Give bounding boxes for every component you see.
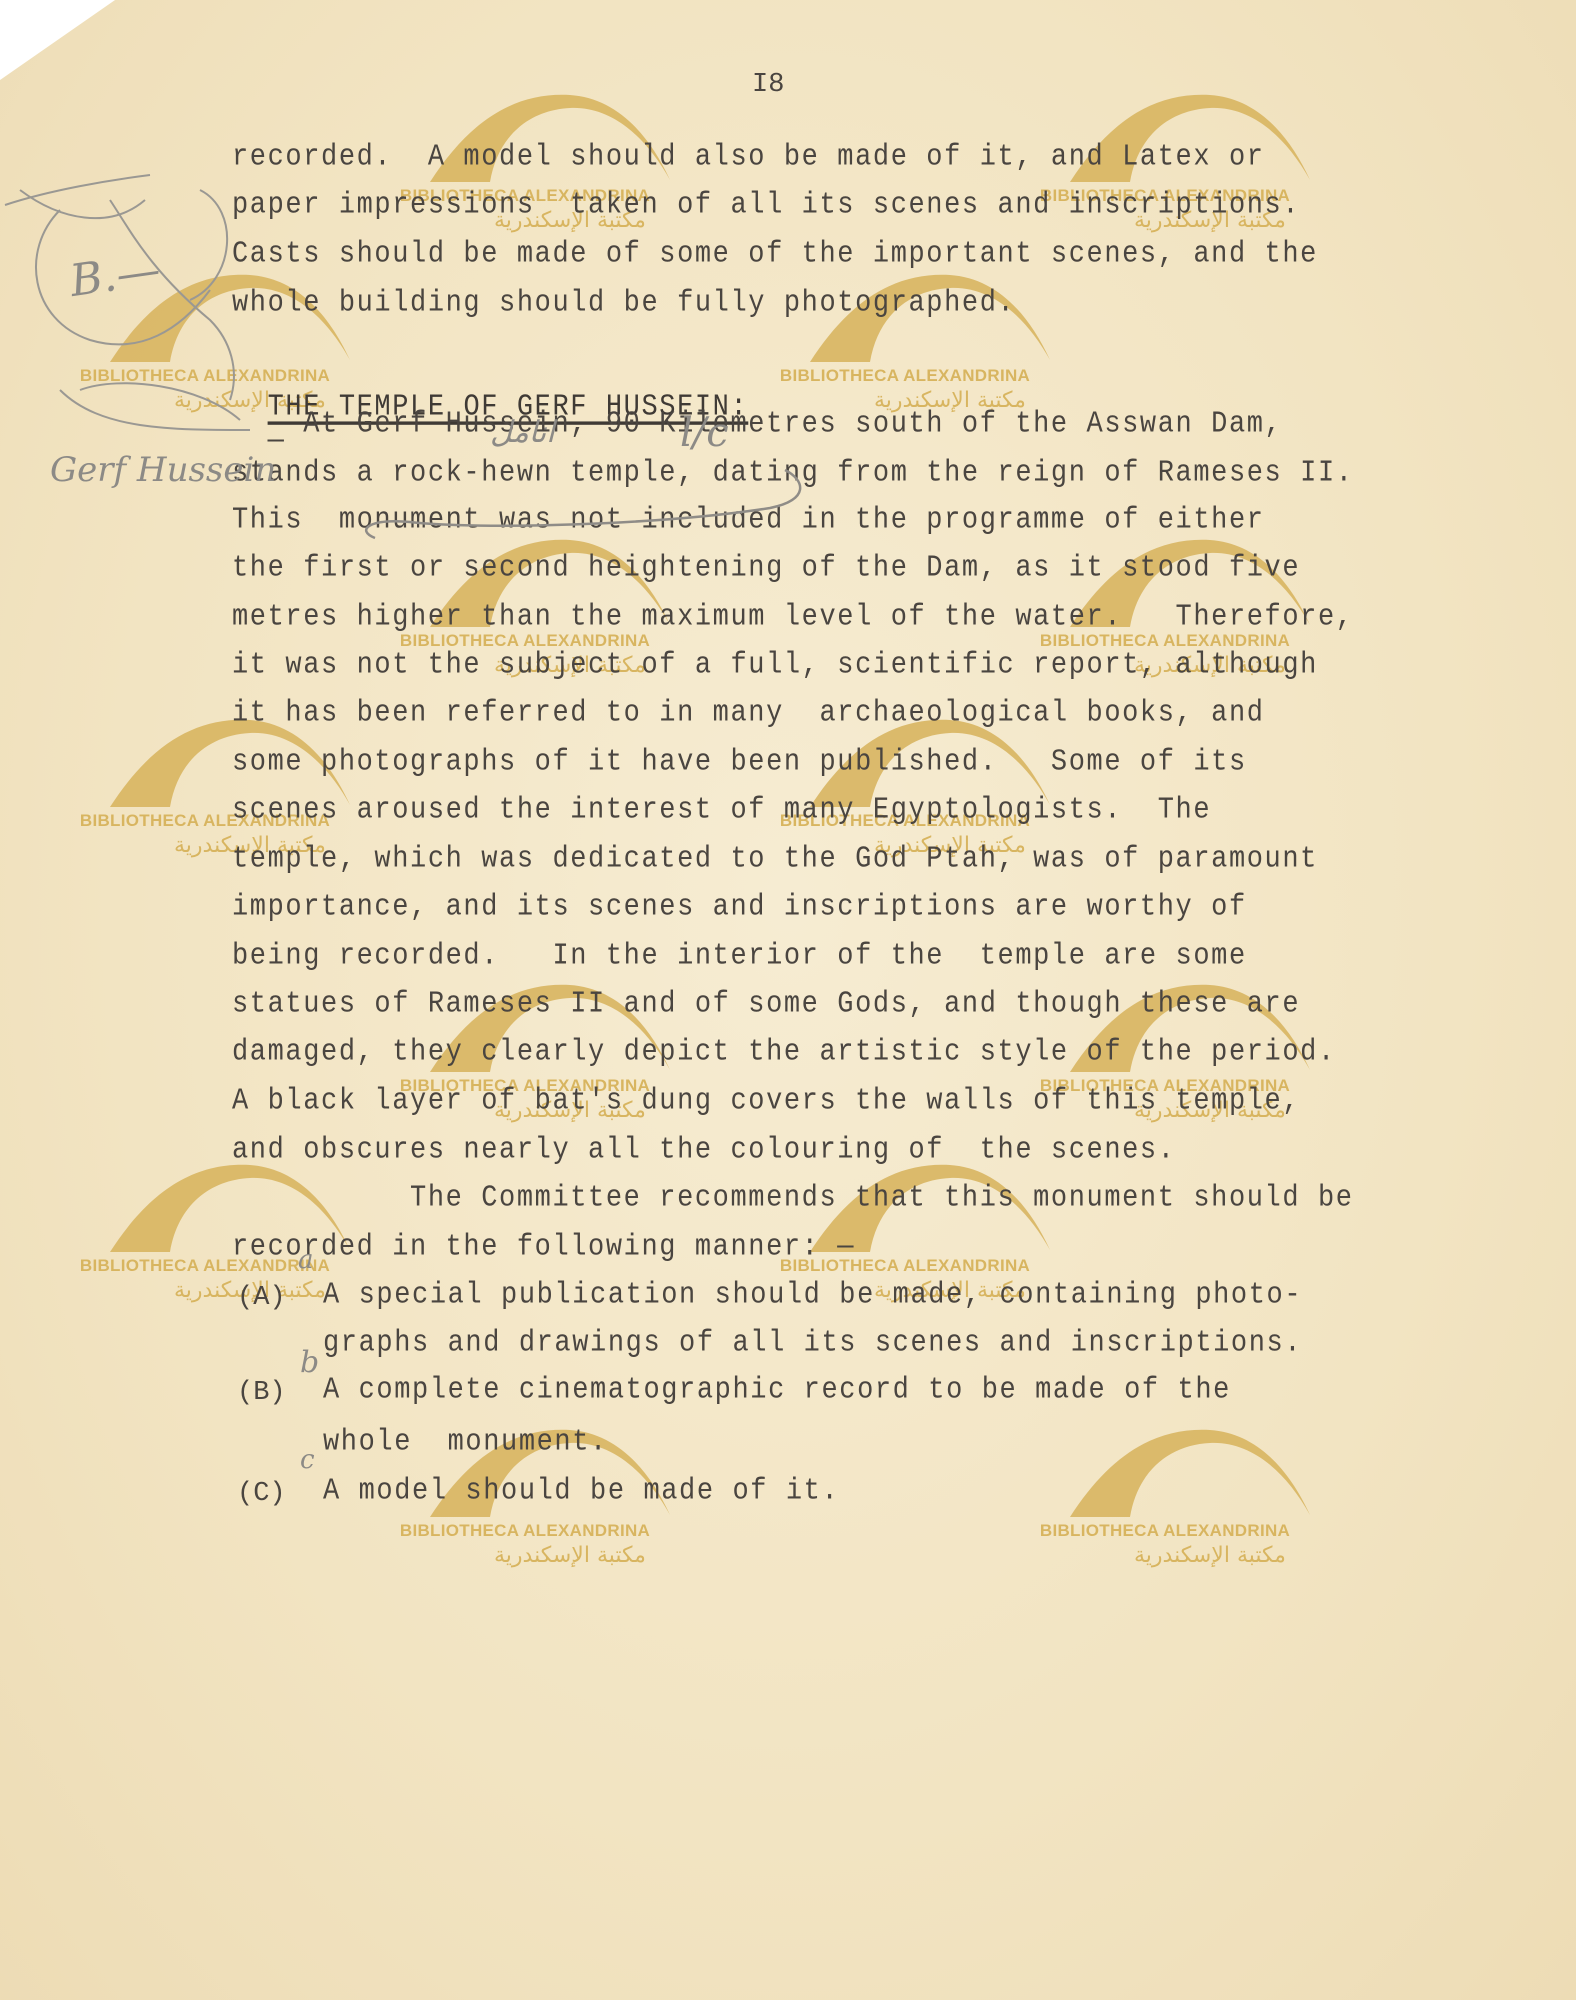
text-line: statues of Rameses II and of some Gods, …: [232, 988, 1300, 1022]
text-line: damaged, they clearly depict the artisti…: [232, 1036, 1336, 1070]
text-line: it was not the subject of a full, scient…: [232, 649, 1318, 683]
text-line: some photographs of it have been publish…: [232, 746, 1247, 780]
list-label-a: (A): [237, 1283, 286, 1313]
margin-note-gerf-hussein: Gerf Hussein: [50, 450, 276, 490]
text-line: The Committee recommends that this monum…: [232, 1182, 1354, 1216]
page-number: I8: [752, 70, 784, 100]
list-label-c: (C): [237, 1479, 286, 1509]
list-item-text: A special publication should be made, co…: [323, 1279, 1302, 1313]
text-line: At Gerf Hussein, 90 Kilometres south of …: [232, 408, 1282, 442]
text-line: scenes aroused the interest of many Egyp…: [232, 794, 1211, 828]
list-item-text: A complete cinematographic record to be …: [323, 1374, 1231, 1408]
arabic-pencil-note: انامل: [490, 415, 555, 450]
text-line: whole building should be fully photograp…: [232, 287, 1015, 321]
lc-pencil-note: l/c: [680, 410, 729, 456]
list-item-text: A model should be made of it.: [323, 1475, 839, 1509]
list-letter-c: c: [300, 1445, 315, 1475]
text-line: and obscures nearly all the colouring of…: [232, 1134, 1176, 1168]
list-letter-a: a: [298, 1245, 314, 1275]
text-line: importance, and its scenes and inscripti…: [232, 891, 1247, 925]
text-line: metres higher than the maximum level of …: [232, 601, 1354, 635]
list-letter-b: b: [300, 1345, 319, 1380]
text-line: paper impressions taken of all its scene…: [232, 189, 1300, 223]
text-line: A black layer of bat's dung covers the w…: [232, 1085, 1300, 1119]
text-line: temple, which was dedicated to the God P…: [232, 843, 1318, 877]
list-label-b: (B): [237, 1378, 286, 1408]
list-item-text: graphs and drawings of all its scenes an…: [323, 1327, 1302, 1361]
text-line: it has been referred to in many archaeol…: [232, 697, 1265, 731]
text-line: being recorded. In the interior of the t…: [232, 940, 1247, 974]
text-line: recorded. A model should also be made of…: [232, 141, 1265, 175]
text-line: recorded in the following manner: —: [232, 1231, 855, 1265]
pencil-arrow-icon: [330, 460, 930, 570]
list-item-text: whole monument.: [323, 1426, 608, 1460]
text-line: Casts should be made of some of the impo…: [232, 238, 1318, 272]
